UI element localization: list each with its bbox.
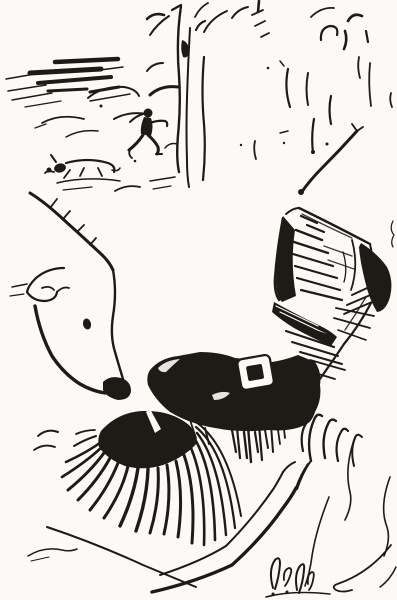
hair bbox=[98, 411, 197, 468]
dog-jaw-line bbox=[35, 306, 105, 393]
boot-buckle bbox=[237, 354, 275, 390]
hand bbox=[297, 415, 362, 489]
running-figure bbox=[129, 109, 167, 155]
shoulder-line bbox=[47, 527, 196, 587]
person bbox=[28, 409, 362, 592]
dog-ear bbox=[27, 268, 69, 301]
dog-eye bbox=[82, 318, 92, 330]
background-landscape bbox=[6, 1, 394, 247]
dog-neck-line bbox=[30, 193, 113, 270]
artist-signature-mark bbox=[266, 558, 330, 597]
dog-forehead-line bbox=[112, 270, 123, 379]
dog-nose bbox=[103, 377, 131, 400]
artwork bbox=[0, 0, 397, 600]
dog-head bbox=[10, 193, 131, 400]
illustration-page bbox=[0, 0, 397, 600]
ink-sketch bbox=[0, 0, 397, 600]
flourish-strokes bbox=[305, 437, 396, 592]
forearm bbox=[152, 488, 296, 592]
